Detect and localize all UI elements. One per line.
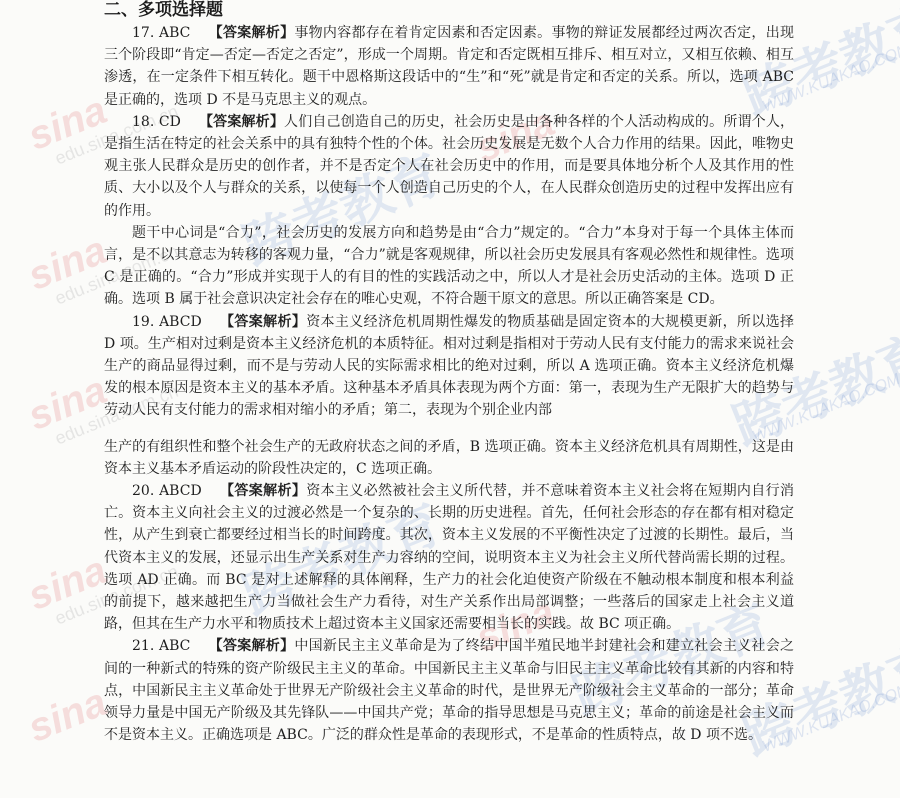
answer-paragraph: 17. ABC【答案解析】事物内容都存在着肯定因素和否定因素。事物的辩证发展都经… [104, 22, 794, 111]
answer-tag: 【答案解析】 [220, 483, 307, 499]
question-number: 17. ABC [132, 25, 190, 41]
question-number: 19. ABCD [132, 314, 202, 330]
answer-item-19: 19. ABCD【答案解析】资本主义经济危机周期性爆发的物质基础是固定资本的大规… [104, 311, 794, 480]
answer-paragraph: 21. ABC【答案解析】中国新民主主义革命是为了终结中国半殖民地半封建社会和建… [104, 635, 794, 746]
answer-tag: 【答案解析】 [208, 638, 294, 654]
answer-text: 资本主义必然被社会主义所代替，并不意味着资本主义社会将在短期内自行消亡。资本主义… [104, 483, 794, 632]
page-gap [104, 422, 794, 436]
answer-tag: 【答案解析】 [208, 25, 294, 41]
answer-paragraph: 18. CD【答案解析】人们自己创造自己的历史，社会历史是由各种各样的个人活动构… [104, 111, 794, 222]
sina-watermark-logo: sina [22, 548, 113, 620]
sina-watermark-logo: sina [22, 228, 113, 300]
answer-item-20: 20. ABCD【答案解析】资本主义必然被社会主义所代替，并不意味着资本主义社会… [104, 480, 794, 635]
answer-paragraph: 19. ABCD【答案解析】资本主义经济危机周期性爆发的物质基础是固定资本的大规… [104, 311, 794, 422]
answer-paragraph: 20. ABCD【答案解析】资本主义必然被社会主义所代替，并不意味着资本主义社会… [104, 480, 794, 635]
question-number: 18. CD [132, 114, 181, 130]
answer-tag: 【答案解析】 [220, 314, 307, 330]
answer-item-18: 18. CD【答案解析】人们自己创造自己的历史，社会历史是由各种各样的个人活动构… [104, 111, 794, 311]
answer-item-17: 17. ABC【答案解析】事物内容都存在着肯定因素和否定因素。事物的辩证发展都经… [104, 22, 794, 111]
question-number: 21. ABC [132, 638, 190, 654]
answer-item-21: 21. ABC【答案解析】中国新民主主义革命是为了终结中国半殖民地半封建社会和建… [104, 635, 794, 746]
answer-tag: 【答案解析】 [199, 114, 284, 130]
section-heading: 二、多项选择题 [104, 0, 794, 20]
question-number: 20. ABCD [132, 483, 202, 499]
answer-paragraph-continued: 生产的有组织性和整个社会生产的无政府状态之间的矛盾，B 选项正确。资本主义经济危… [104, 436, 794, 480]
answer-text: 资本主义经济危机周期性爆发的物质基础是固定资本的大规模更新，所以选择 D 项。生… [104, 314, 794, 419]
document-page: 二、多项选择题 17. ABC【答案解析】事物内容都存在着肯定因素和否定因素。事… [104, 0, 794, 747]
sina-watermark-logo: sina [22, 88, 113, 160]
sina-watermark-logo: sina [22, 680, 113, 752]
answer-paragraph: 题干中心词是“合力”，社会历史的发展方向和趋势是由“合力”规定的。“合力”本身对… [104, 222, 794, 311]
sina-watermark-logo: sina [22, 368, 113, 440]
